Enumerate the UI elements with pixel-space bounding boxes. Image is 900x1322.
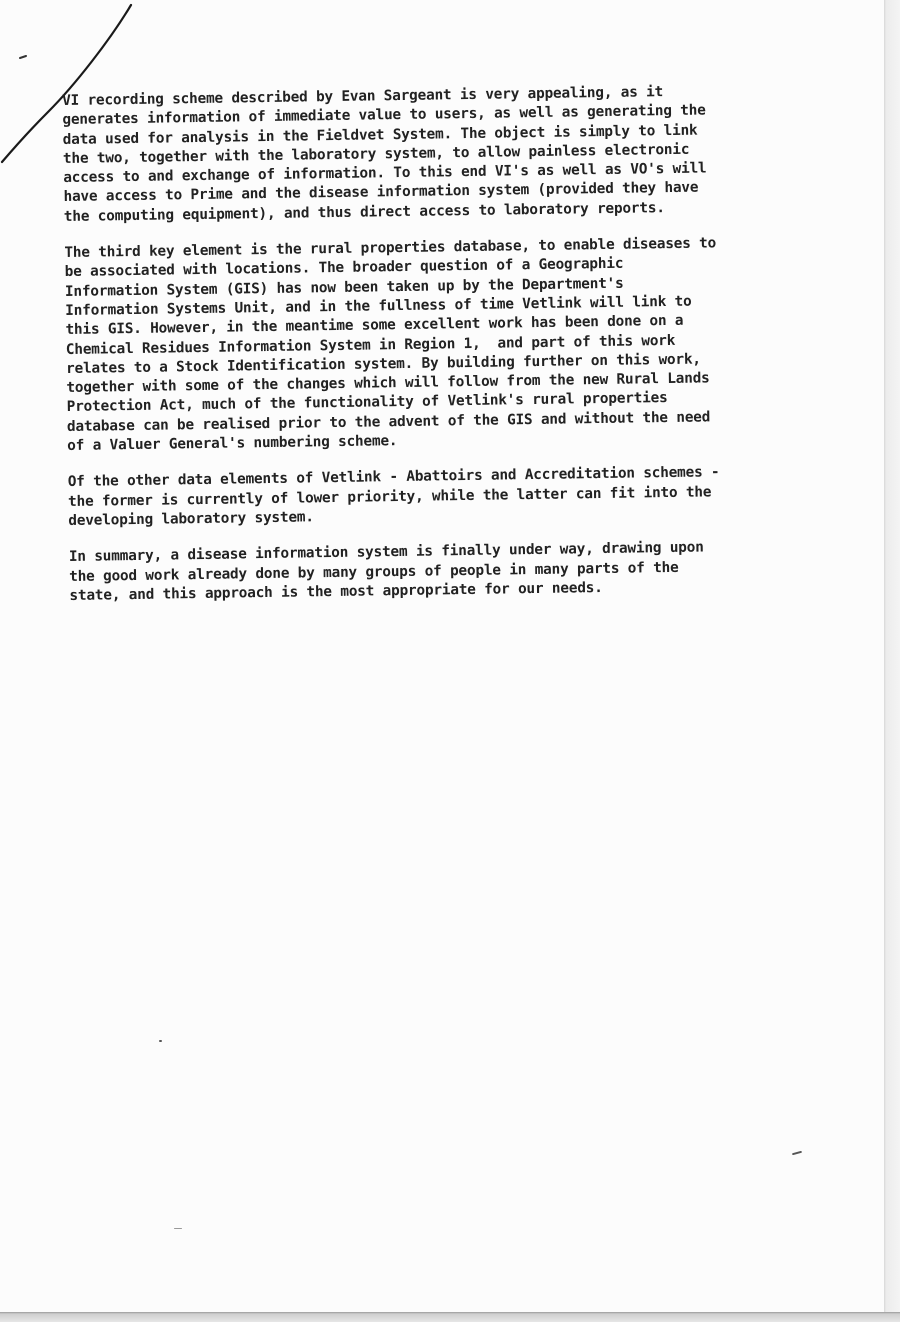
paragraph-vi-recording: VI recording scheme described by Evan Sa… <box>62 81 804 227</box>
scan-speck <box>174 1228 182 1229</box>
page-right-edge <box>884 0 900 1322</box>
paragraph-summary: In summary, a disease information system… <box>69 537 810 606</box>
page-bottom-edge <box>0 1312 900 1322</box>
scan-speck <box>792 1151 802 1156</box>
scan-speck <box>159 1040 162 1042</box>
document-body: VI recording scheme described by Evan Sa… <box>62 81 810 623</box>
scanned-page: VI recording scheme described by Evan Sa… <box>0 0 900 1322</box>
paragraph-other-elements: Of the other data elements of Vetlink - … <box>68 462 809 531</box>
paragraph-rural-properties: The third key element is the rural prope… <box>64 233 807 456</box>
